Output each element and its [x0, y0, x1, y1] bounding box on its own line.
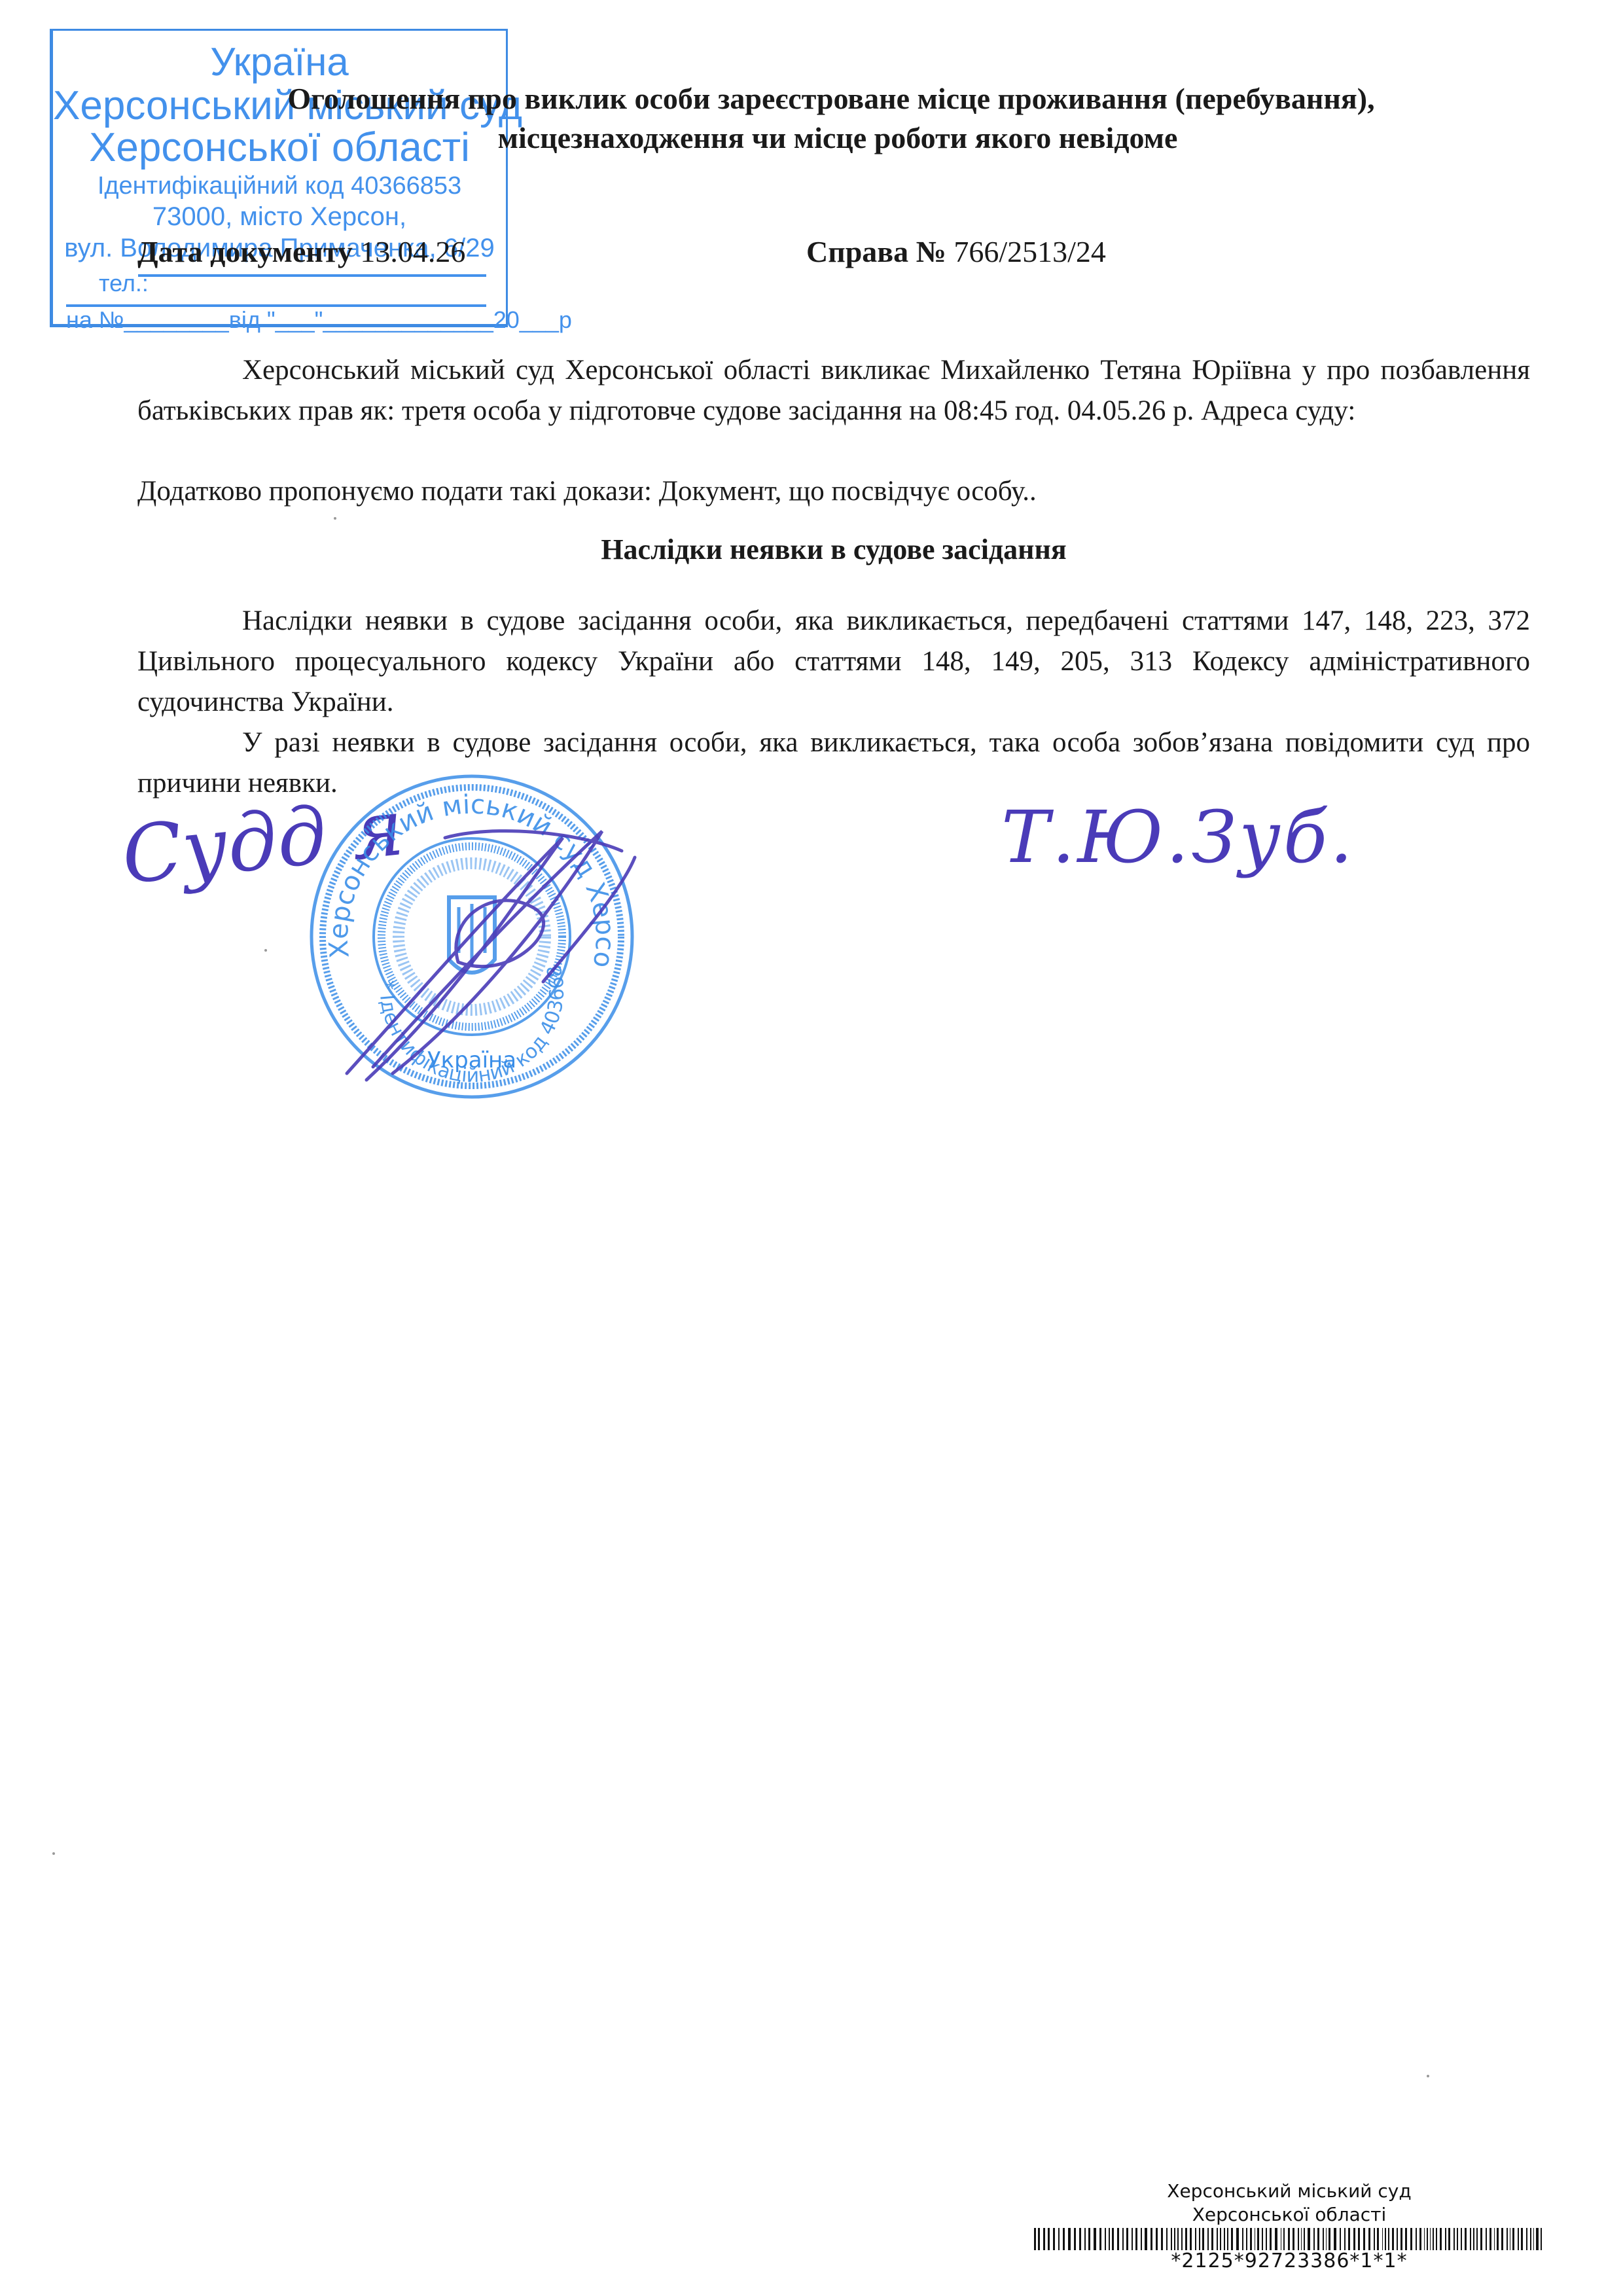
barcode-bar: [1145, 2228, 1147, 2250]
barcode-bar: [1510, 2228, 1511, 2250]
barcode-bar: [1470, 2228, 1471, 2250]
handwritten-judge-name: Т.Ю.Зуб.: [1001, 795, 1355, 879]
barcode-bar: [1353, 2228, 1355, 2250]
barcode-bar: [1304, 2228, 1305, 2250]
scan-speck: [264, 949, 267, 952]
barcode-bar: [1171, 2228, 1172, 2250]
barcode-bar: [1410, 2228, 1412, 2250]
barcode-bar: [1105, 2228, 1106, 2250]
barcode-bar: [1135, 2228, 1137, 2250]
judge-signature-scribble-icon: [327, 812, 668, 1086]
barcode-bar: [1181, 2228, 1183, 2250]
barcode-bar: [1038, 2228, 1040, 2250]
barcode-bar: [1512, 2228, 1514, 2250]
barcode-bar: [1448, 2228, 1450, 2250]
barcode-bar: [1084, 2228, 1086, 2250]
document-title-line1: Оголошення про виклик особи зареєстрован…: [236, 84, 1427, 114]
barcode-bar: [1476, 2228, 1478, 2250]
barcode-bar: [1161, 2228, 1163, 2250]
summons-paragraph: Херсонський міський суд Херсонської обла…: [137, 350, 1530, 431]
barcode-bar: [1397, 2228, 1398, 2250]
barcode-bar: [1326, 2228, 1327, 2250]
barcode-bar: [1323, 2228, 1324, 2250]
barcode-bar: [1220, 2228, 1221, 2250]
barcode-bar: [1521, 2228, 1523, 2250]
barcode-bar: [1344, 2228, 1346, 2250]
document-date: Дата документу 13.04.26: [137, 237, 465, 267]
stamp-city: 73000, місто Херсон,: [53, 204, 506, 230]
barcode-bar: [1392, 2228, 1393, 2250]
barcode-bar: [1275, 2228, 1277, 2250]
barcode-bar: [1266, 2228, 1267, 2250]
barcode-bar: [1416, 2228, 1417, 2250]
barcode-bar: [1109, 2228, 1110, 2250]
barcode-bar: [1058, 2228, 1060, 2250]
court-registration-stamp: Україна Херсонський міський суд Херсонсь…: [50, 29, 508, 327]
barcode-bar: [1063, 2228, 1065, 2250]
barcode-bar: [1224, 2228, 1225, 2250]
barcode-bar: [1255, 2228, 1256, 2250]
barcode-bar: [1079, 2228, 1081, 2250]
barcode-bar: [1507, 2228, 1508, 2250]
barcode-bar: [1385, 2228, 1386, 2250]
barcode-bar: [1190, 2228, 1192, 2250]
document-date-label: Дата документу: [137, 235, 353, 268]
barcode-bar: [1445, 2228, 1446, 2250]
barcode-bar: [1053, 2228, 1055, 2250]
barcode-bar: [1530, 2228, 1531, 2250]
barcode-bar: [1461, 2228, 1462, 2250]
barcode-icon: [1034, 2228, 1544, 2250]
barcode-bar: [1048, 2228, 1050, 2250]
barcode-bar: [1424, 2228, 1425, 2250]
barcode-bar: [1074, 2228, 1076, 2250]
barcode-bar: [1231, 2228, 1233, 2250]
barcode-bar: [1043, 2228, 1044, 2250]
barcode-bar: [1454, 2228, 1455, 2250]
barcode-bar: [1400, 2228, 1402, 2250]
barcode-bar: [1348, 2228, 1350, 2250]
barcode-number: *2125*92723386*1*1*: [1021, 2250, 1558, 2272]
consequences-paragraph: Наслідки неявки в судове засідання особи…: [137, 601, 1530, 723]
barcode-bar: [1132, 2228, 1133, 2250]
barcode-bar: [1368, 2228, 1370, 2250]
barcode-bar: [1382, 2228, 1383, 2250]
barcode-bar: [1207, 2228, 1209, 2250]
barcode-bar: [1334, 2228, 1336, 2250]
barcode-bar: [1034, 2228, 1036, 2250]
barcode-bar: [1099, 2228, 1101, 2250]
scan-speck: [52, 1852, 55, 1855]
barcode-bar: [1117, 2228, 1119, 2250]
evidence-paragraph: Додатково пропонуємо подати такі докази:…: [137, 471, 1530, 512]
barcode-bar: [1242, 2228, 1243, 2250]
barcode-bar: [1166, 2228, 1168, 2250]
footer-court-name: Херсонський міський суд: [1021, 2179, 1558, 2203]
barcode-bar: [1340, 2228, 1341, 2250]
barcode-bar: [1518, 2228, 1519, 2250]
stamp-country: Україна: [53, 43, 506, 82]
document-date-value: 13.04.26: [360, 235, 465, 268]
barcode-bar: [1480, 2228, 1482, 2250]
barcode-bar: [1433, 2228, 1434, 2250]
barcode-bar: [1465, 2228, 1467, 2250]
barcode-bar: [1317, 2228, 1319, 2250]
stamp-region: Херсонської області: [53, 128, 506, 168]
stamp-divider: [138, 274, 486, 277]
barcode-bar: [1185, 2228, 1186, 2250]
barcode-bar: [1246, 2228, 1247, 2250]
footer-court-region: Херсонської області: [1021, 2203, 1558, 2227]
barcode-bar: [1486, 2228, 1487, 2250]
barcode-bar: [1473, 2228, 1474, 2250]
barcode-bar: [1262, 2228, 1263, 2250]
barcode-bar: [1288, 2228, 1289, 2250]
barcode-bar: [1088, 2228, 1090, 2250]
barcode-bar: [1150, 2228, 1152, 2250]
barcode-bar: [1329, 2228, 1330, 2250]
barcode-bar: [1094, 2228, 1096, 2250]
barcode-bar: [1283, 2228, 1285, 2250]
barcode-bar: [1374, 2228, 1375, 2250]
barcode-bar: [1227, 2228, 1228, 2250]
barcode-bar: [1126, 2228, 1128, 2250]
barcode-bar: [1533, 2228, 1535, 2250]
barcode-bar: [1501, 2228, 1503, 2250]
barcode-bar: [1250, 2228, 1251, 2250]
stamp-ref-number: на №________від "___"_____________20___р: [66, 308, 499, 332]
barcode-bar: [1257, 2228, 1258, 2250]
barcode-bar: [1497, 2228, 1498, 2250]
barcode-bar: [1419, 2228, 1421, 2250]
barcode-bar: [1293, 2228, 1294, 2250]
stamp-id-code: Ідентифікаційний код 40366853: [53, 173, 506, 198]
barcode-bar: [1436, 2228, 1437, 2250]
scan-speck: [334, 517, 336, 520]
barcode-bar: [1174, 2228, 1175, 2250]
barcode-bar: [1377, 2228, 1379, 2250]
barcode-bar: [1122, 2228, 1124, 2250]
barcode-bar: [1494, 2228, 1495, 2250]
barcode-bar: [1526, 2228, 1527, 2250]
barcode-bar: [1363, 2228, 1365, 2250]
section-heading-consequences: Наслідки неявки в судове засідання: [137, 535, 1530, 564]
barcode-bar: [1068, 2228, 1070, 2250]
barcode-bar: [1308, 2228, 1310, 2250]
barcode-bar: [1457, 2228, 1458, 2250]
barcode-bar: [1541, 2228, 1542, 2250]
barcode-bar: [1440, 2228, 1442, 2250]
case-number-label: Справа №: [806, 235, 946, 268]
barcode-bar: [1211, 2228, 1213, 2250]
barcode-bar: [1199, 2228, 1200, 2250]
barcode-bar: [1405, 2228, 1407, 2250]
barcode-bar: [1281, 2228, 1282, 2250]
barcode-bar: [1236, 2228, 1238, 2250]
barcode-bar: [1298, 2228, 1299, 2250]
barcode-bar: [1195, 2228, 1196, 2250]
barcode-bar: [1112, 2228, 1114, 2250]
barcode-bar: [1177, 2228, 1179, 2250]
barcode-bar: [1313, 2228, 1315, 2250]
barcode-bar: [1301, 2228, 1302, 2250]
barcode-bar: [1489, 2228, 1491, 2250]
document-barcode-footer: Херсонський міський суд Херсонської обла…: [1021, 2179, 1558, 2272]
case-number-value: 766/2513/24: [954, 235, 1106, 268]
case-number: Справа № 766/2513/24: [806, 237, 1106, 267]
barcode-bar: [1217, 2228, 1218, 2250]
barcode-bar: [1388, 2228, 1389, 2250]
barcode-bar: [1536, 2228, 1538, 2250]
barcode-bar: [1202, 2228, 1204, 2250]
barcode-bar: [1430, 2228, 1431, 2250]
scan-speck: [1427, 2075, 1429, 2077]
barcode-bar: [1427, 2228, 1428, 2250]
barcode-bar: [1141, 2228, 1142, 2250]
barcode-bar: [1358, 2228, 1360, 2250]
document-title-line2: місцезнаходження чи місце роботи якого н…: [458, 123, 1217, 153]
barcode-bar: [1270, 2228, 1272, 2250]
barcode-bar: [1156, 2228, 1158, 2250]
